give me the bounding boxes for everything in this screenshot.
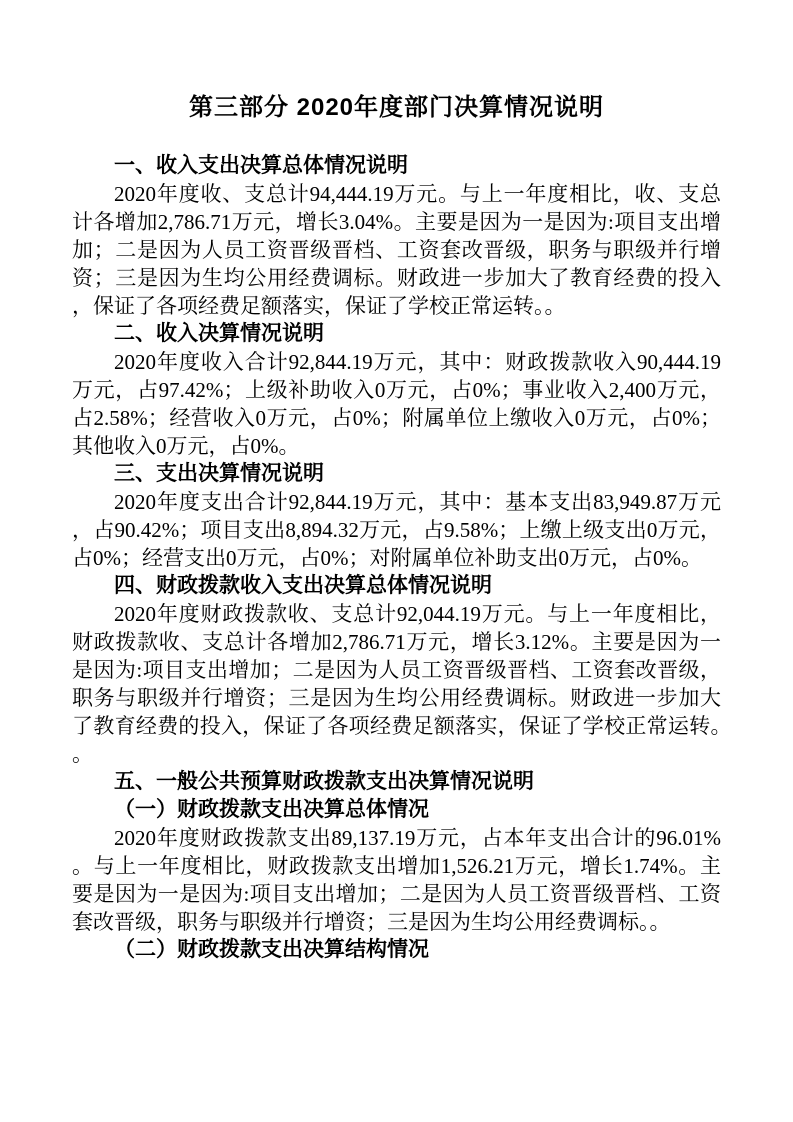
section-paragraph-income-accounts: 2020年度收入合计92,844.19万元，其中：财政拨款收入90,444.19… — [72, 348, 721, 460]
section-paragraph-income-expenditure-overview: 2020年度收、支总计94,444.19万元。与上一年度相比，收、支总计各增加2… — [72, 180, 721, 320]
document-page: 第三部分 2020年度部门决算情况说明 一、收入支出决算总体情况说明 2020年… — [0, 0, 793, 1122]
section-heading-income-expenditure-overview: 一、收入支出决算总体情况说明 — [72, 152, 721, 180]
section-paragraph-expenditure-accounts: 2020年度支出合计92,844.19万元，其中：基本支出83,949.87万元… — [72, 488, 721, 572]
section-heading-expenditure-accounts: 三、支出决算情况说明 — [72, 460, 721, 488]
subsection-heading-appropriation-expenditure-overall: （一）财政拨款支出决算总体情况 — [72, 796, 721, 824]
document-title: 第三部分 2020年度部门决算情况说明 — [72, 92, 721, 124]
section-paragraph-fiscal-appropriation-overview: 2020年度财政拨款收、支总计92,044.19万元。与上一年度相比，财政拨款收… — [72, 600, 721, 768]
section-heading-income-accounts: 二、收入决算情况说明 — [72, 320, 721, 348]
section-heading-fiscal-appropriation-overview: 四、财政拨款收入支出决算总体情况说明 — [72, 572, 721, 600]
subsection-heading-appropriation-expenditure-structure: （二）财政拨款支出决算结构情况 — [72, 936, 721, 964]
subsection-paragraph-appropriation-expenditure-overall: 2020年度财政拨款支出89,137.19万元，占本年支出合计的96.01%。与… — [72, 824, 721, 936]
section-heading-public-budget-expenditure: 五、一般公共预算财政拨款支出决算情况说明 — [72, 768, 721, 796]
